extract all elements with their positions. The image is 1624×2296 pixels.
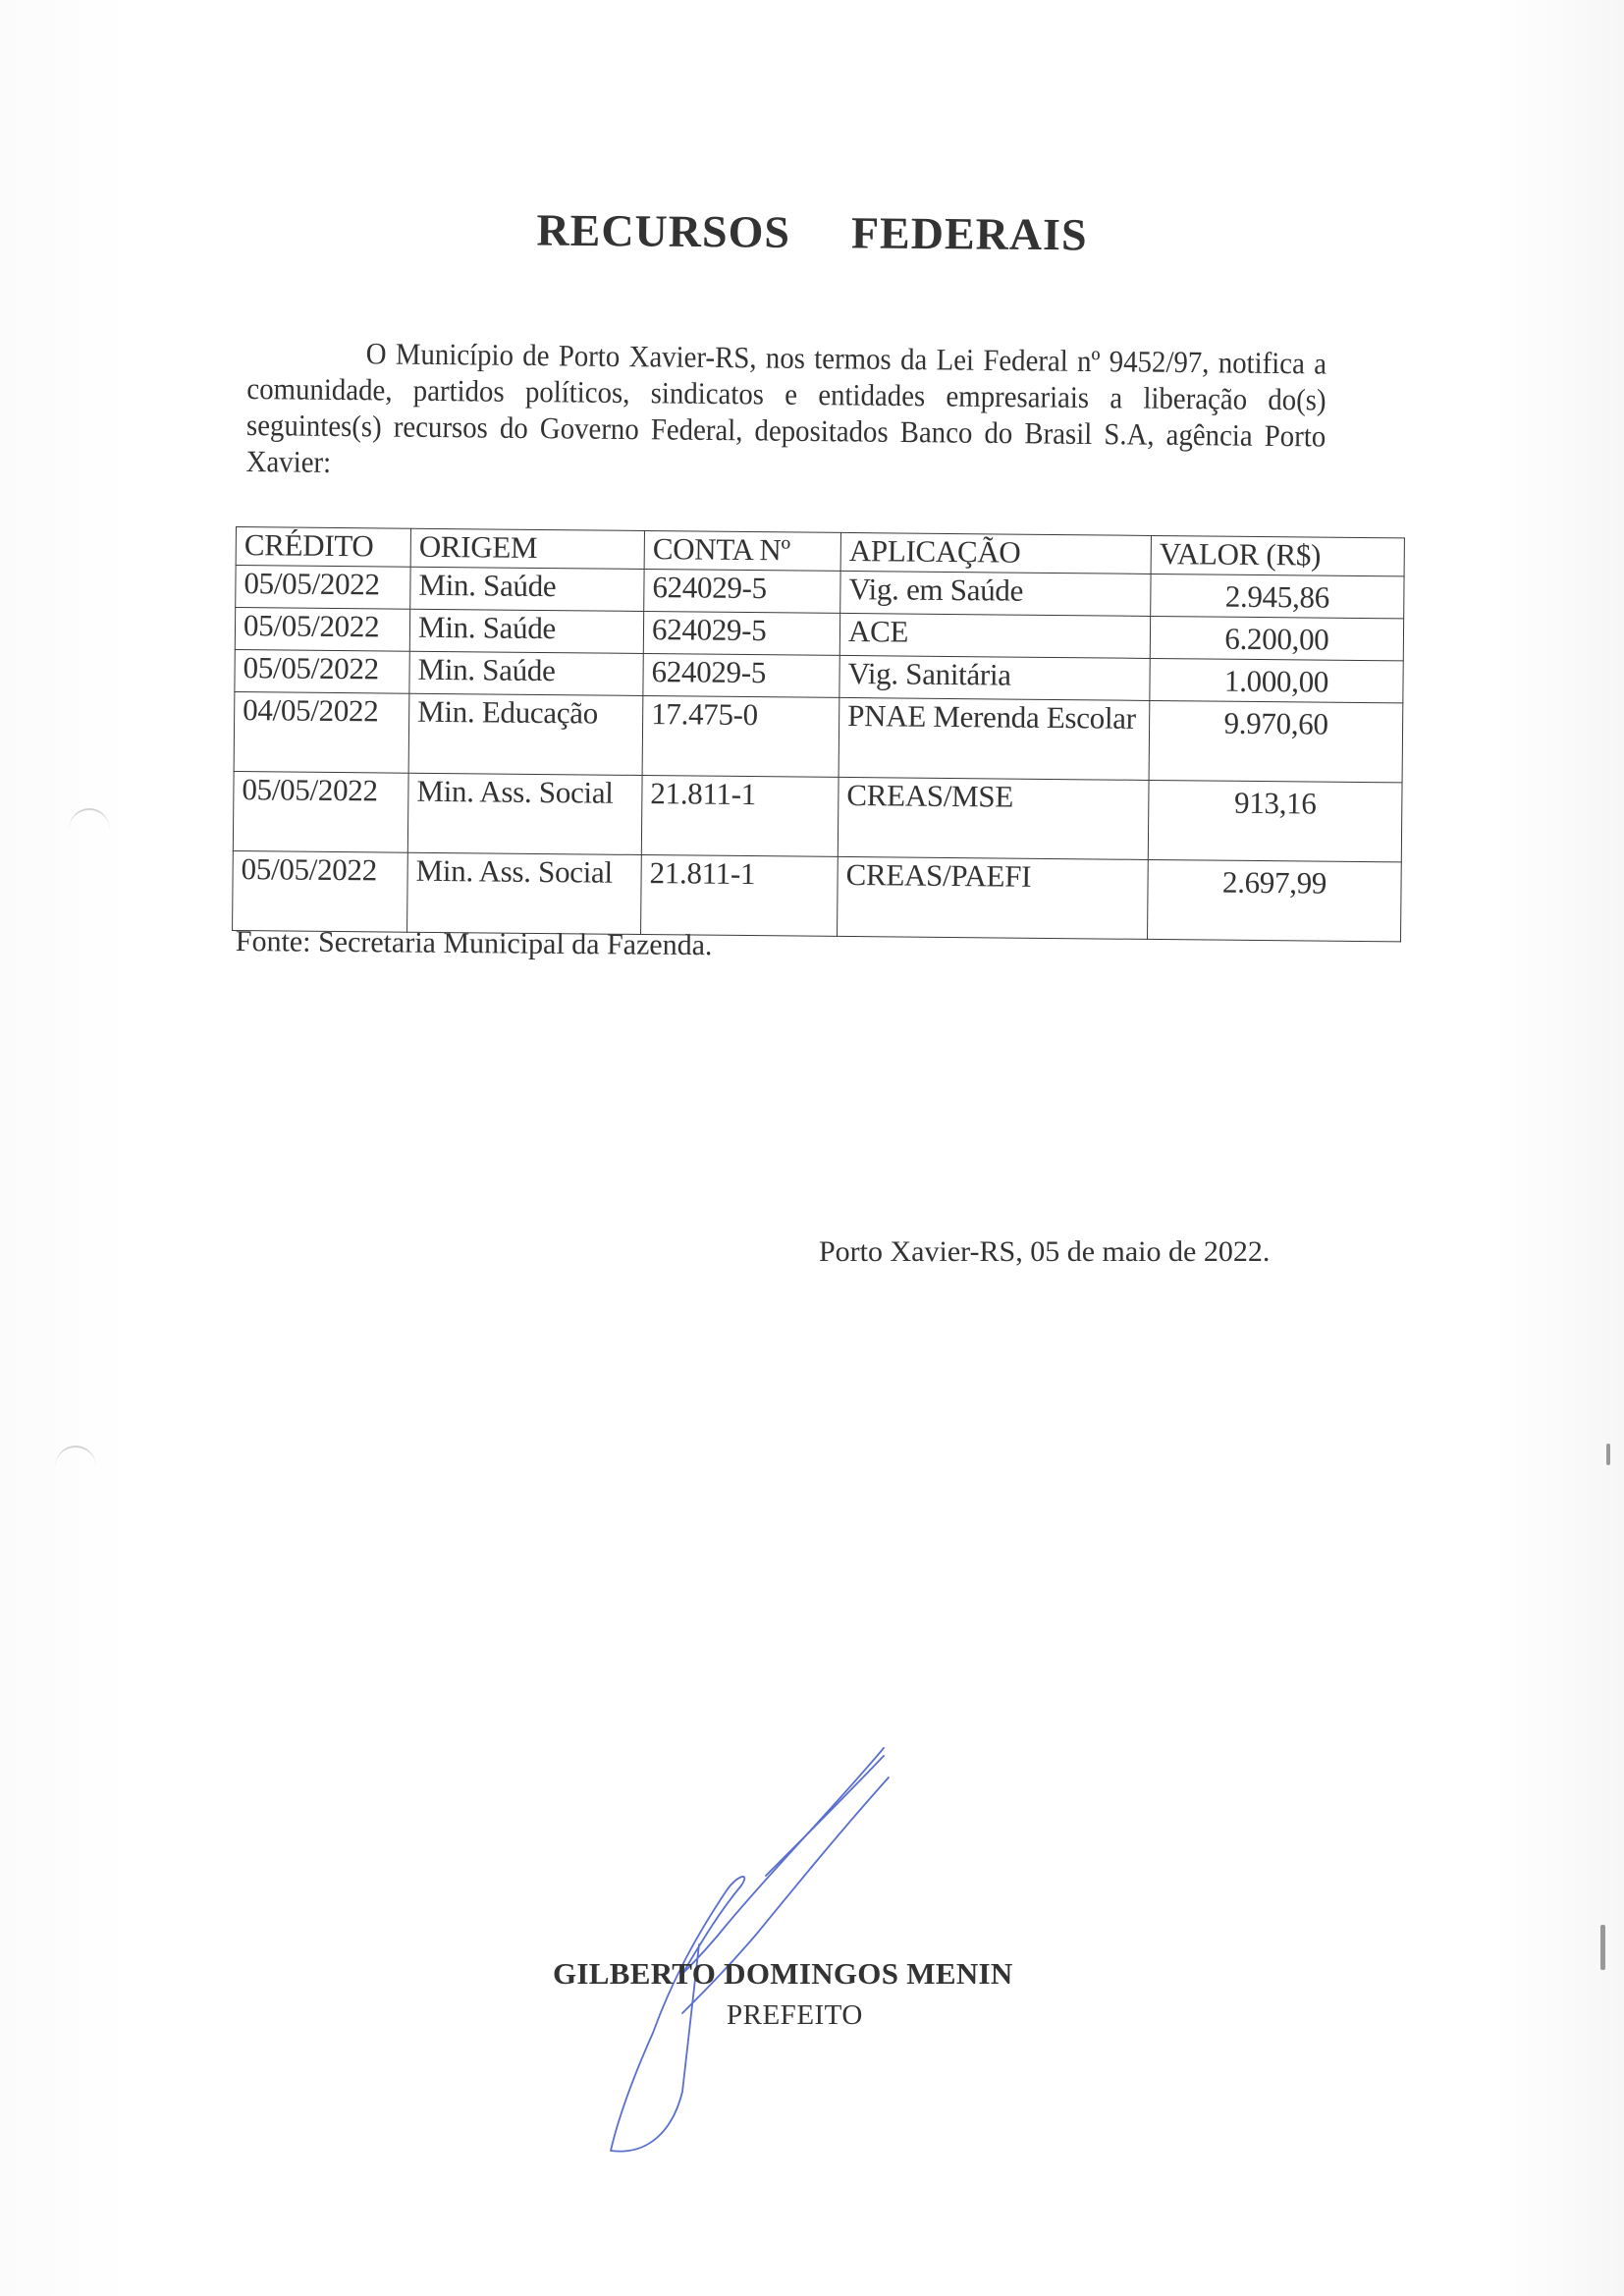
scan-edge-mark: [1606, 1444, 1610, 1465]
source-note: Fonte: Secretaria Municipal da Fazenda.: [236, 925, 713, 962]
cell-valor: 9.970,60: [1149, 700, 1403, 782]
intro-paragraph: O Município de Porto Xavier-RS, nos term…: [245, 334, 1326, 491]
cell-aplicacao: Vig. em Saúde: [840, 571, 1151, 616]
cell-valor: 2.697,99: [1148, 859, 1402, 941]
signatory-role: PREFEITO: [727, 1999, 863, 2032]
cell-aplicacao: CREAS/PAEFI: [838, 856, 1149, 939]
cell-conta: 624029-5: [643, 653, 839, 697]
cell-credito: 05/05/2022: [233, 850, 408, 932]
handwritten-signature-icon: [589, 1738, 962, 2170]
cell-credito: 05/05/2022: [233, 771, 408, 852]
header-conta: CONTA Nº: [644, 530, 840, 571]
cell-conta: 624029-5: [643, 611, 839, 655]
cell-conta: 624029-5: [644, 569, 840, 613]
title-word-recursos: RECURSOS: [536, 204, 790, 258]
cell-conta: 21.811-1: [641, 775, 839, 856]
cell-origem: Min. Ass. Social: [407, 852, 642, 934]
cell-conta: 17.475-0: [642, 695, 839, 777]
header-origem: ORIGEM: [410, 528, 644, 569]
cell-credito: 05/05/2022: [235, 608, 409, 652]
place-and-date: Porto Xavier-RS, 05 de maio de 2022.: [819, 1235, 1270, 1269]
cell-conta: 21.811-1: [641, 854, 839, 936]
cell-valor: 6.200,00: [1150, 616, 1403, 660]
cell-credito: 05/05/2022: [235, 649, 409, 693]
resources-table-container: CRÉDITO ORIGEM CONTA Nº APLICAÇÃO VALOR …: [232, 526, 1404, 942]
cell-aplicacao: Vig. Sanitária: [839, 655, 1150, 700]
cell-origem: Min. Saúde: [409, 609, 643, 653]
table-row: 04/05/2022 Min. Educação 17.475-0 PNAE M…: [234, 691, 1403, 782]
title-word-federais: FEDERAIS: [851, 206, 1088, 260]
signatory-name: GILBERTO DOMINGOS MENIN: [553, 1956, 1013, 1992]
intro-text: O Município de Porto Xavier-RS, nos term…: [245, 336, 1326, 479]
cell-aplicacao: ACE: [839, 613, 1150, 658]
punch-hole-mark: [69, 808, 110, 851]
document-title: RECURSOSFEDERAIS: [0, 199, 1624, 265]
cell-aplicacao: PNAE Merenda Escolar: [839, 697, 1150, 780]
cell-aplicacao: CREAS/MSE: [838, 777, 1149, 859]
cell-origem: Min. Ass. Social: [407, 773, 642, 854]
cell-origem: Min. Saúde: [410, 567, 644, 611]
header-aplicacao: APLICAÇÃO: [840, 532, 1151, 574]
punch-hole-mark: [55, 1446, 96, 1489]
table-row: 05/05/2022 Min. Ass. Social 21.811-1 CRE…: [233, 771, 1402, 861]
resources-table: CRÉDITO ORIGEM CONTA Nº APLICAÇÃO VALOR …: [232, 526, 1405, 942]
cell-credito: 05/05/2022: [236, 566, 410, 610]
cell-credito: 04/05/2022: [234, 691, 409, 773]
document-page: RECURSOSFEDERAIS O Município de Porto Xa…: [0, 0, 1624, 2296]
scan-edge-mark: [1600, 1925, 1605, 1970]
cell-valor: 1.000,00: [1150, 658, 1403, 702]
cell-valor: 2.945,86: [1151, 574, 1404, 618]
cell-valor: 913,16: [1148, 780, 1402, 861]
header-valor: VALOR (R$): [1151, 535, 1404, 575]
header-credito: CRÉDITO: [236, 527, 410, 568]
cell-origem: Min. Educação: [408, 693, 643, 775]
cell-origem: Min. Saúde: [409, 651, 643, 695]
